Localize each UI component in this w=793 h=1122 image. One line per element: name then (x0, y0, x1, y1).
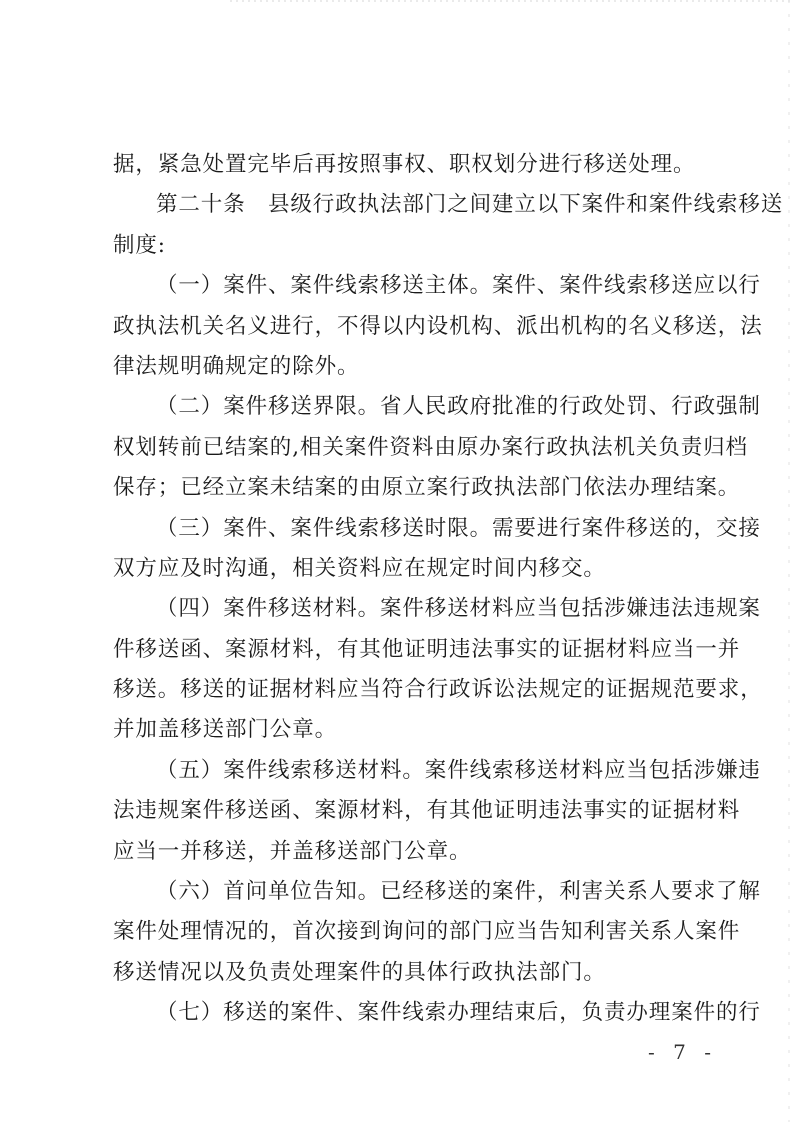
text-line: 并加盖移送部门公章。 (113, 710, 695, 750)
text-line: 政执法机关名义进行，不得以内设机构、派出机构的名义移送，法 (113, 307, 695, 347)
text-line: 法违规案件移送函、案源材料，有其他证明违法事实的证据材料 (113, 791, 695, 831)
scan-edge-artifact (230, 0, 790, 2)
text-line: 权划转前已结案的,相关案件资料由原办案行政执法机关负责归档 (113, 428, 695, 468)
clause-3-line: （三）案件、案件线索移送时限。需要进行案件移送的，交接 (113, 509, 695, 549)
clause-6-line: （六）首问单位告知。已经移送的案件，利害关系人要求了解 (113, 872, 695, 912)
clause-5-line: （五）案件线索移送材料。案件线索移送材料应当包括涉嫌违 (113, 751, 695, 791)
text-line: 律法规明确规定的除外。 (113, 347, 695, 387)
text-line: 制度: (113, 226, 695, 266)
document-page: 据，紧急处置完毕后再按照事权、职权划分进行移送处理。 第二十条 县级行政执法部门… (0, 0, 793, 1122)
body-text: 据，紧急处置完毕后再按照事权、职权划分进行移送处理。 第二十条 县级行政执法部门… (113, 145, 695, 1034)
clause-4-line: （四）案件移送材料。案件移送材料应当包括涉嫌违法违规案 (113, 589, 695, 629)
text-line: 应当一并移送，并盖移送部门公章。 (113, 832, 695, 872)
text-line: 保存；已经立案未结案的由原立案行政执法部门依法办理结案。 (113, 468, 695, 508)
text-line: 双方应及时沟通，相关资料应在规定时间内移交。 (113, 549, 695, 589)
text-line: 据，紧急处置完毕后再按照事权、职权划分进行移送处理。 (113, 145, 695, 185)
article-heading-line: 第二十条 县级行政执法部门之间建立以下案件和案件线索移送 (113, 185, 695, 225)
clause-7-line: （七）移送的案件、案件线索办理结束后，负责办理案件的行 (113, 993, 695, 1033)
text-line: 件移送函、案源材料，有其他证明违法事实的证据材料应当一并 (113, 630, 695, 670)
text-line: 移送情况以及负责处理案件的具体行政执法部门。 (113, 953, 695, 993)
scan-edge-artifact (788, 0, 790, 1122)
text-line: 案件处理情况的，首次接到询问的部门应当告知利害关系人案件 (113, 912, 695, 952)
page-number: - 7 - (648, 1040, 717, 1064)
clause-1-line: （一）案件、案件线索移送主体。案件、案件线索移送应以行 (113, 266, 695, 306)
text-line: 移送。移送的证据材料应当符合行政诉讼法规定的证据规范要求， (113, 670, 695, 710)
clause-2-line: （二）案件移送界限。省人民政府批准的行政处罚、行政强制 (113, 387, 695, 427)
